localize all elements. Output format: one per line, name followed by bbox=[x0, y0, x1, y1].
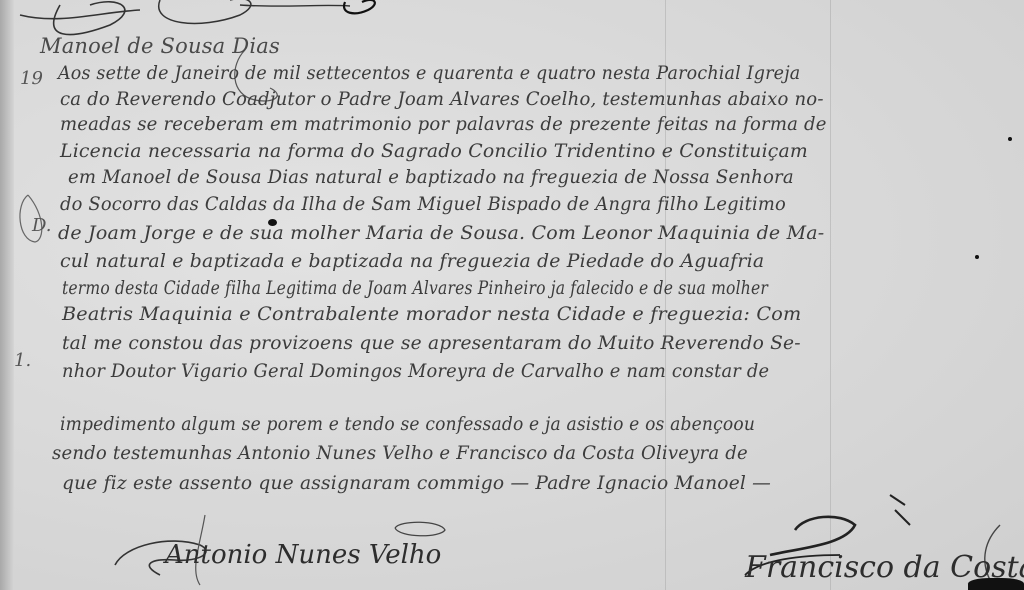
record-line-12: nhor Doutor Vigario Geral Domingos Morey… bbox=[62, 360, 769, 382]
record-heading: Manoel de Sousa Dias bbox=[40, 34, 280, 58]
record-line-8: cul natural e baptizada e baptizada na f… bbox=[60, 250, 764, 272]
record-line-13: impedimento algum se porem e tendo se co… bbox=[60, 413, 755, 435]
record-line-4: Licencia necessaria na forma do Sagrado … bbox=[60, 140, 808, 162]
record-line-11: tal me constou das provizoens que se apr… bbox=[62, 332, 801, 354]
record-line-3: meadas se receberam em matrimonio por pa… bbox=[60, 113, 827, 135]
record-line-9: termo desta Cidade filha Legitima de Joa… bbox=[62, 277, 768, 299]
record-line-5: em Manoel de Sousa Dias natural e baptiz… bbox=[68, 166, 794, 188]
record-line-14: sendo testemunhas Antonio Nunes Velho e … bbox=[52, 442, 748, 464]
page-ruling-line bbox=[830, 0, 831, 590]
scanned-document-page: 19 D. 1. Manoel de Sousa Dias Aos sette … bbox=[0, 0, 1024, 590]
ink-speck bbox=[1008, 137, 1012, 141]
margin-note: D. bbox=[32, 215, 52, 236]
witness-signature: Antonio Nunes Velho bbox=[165, 540, 441, 570]
witness-signature: Francisco da Costa Oliveyra bbox=[745, 550, 1024, 585]
record-line-7: de Joam Jorge e de sua molher Maria de S… bbox=[58, 222, 824, 244]
record-line-6: do Socorro das Caldas da Ilha de Sam Mig… bbox=[60, 193, 786, 215]
record-line-15: que fiz este assento que assignaram comm… bbox=[62, 472, 771, 494]
record-line-10: Beatris Maquinia e Contrabalente morador… bbox=[62, 303, 801, 325]
margin-note: 1. bbox=[14, 350, 31, 371]
record-line-1: Aos sette de Janeiro de mil settecentos … bbox=[58, 62, 800, 84]
ink-speck bbox=[975, 255, 979, 259]
margin-note: 19 bbox=[20, 68, 43, 89]
record-line-2: ca do Reverendo Coadjutor o Padre Joam A… bbox=[60, 88, 824, 110]
